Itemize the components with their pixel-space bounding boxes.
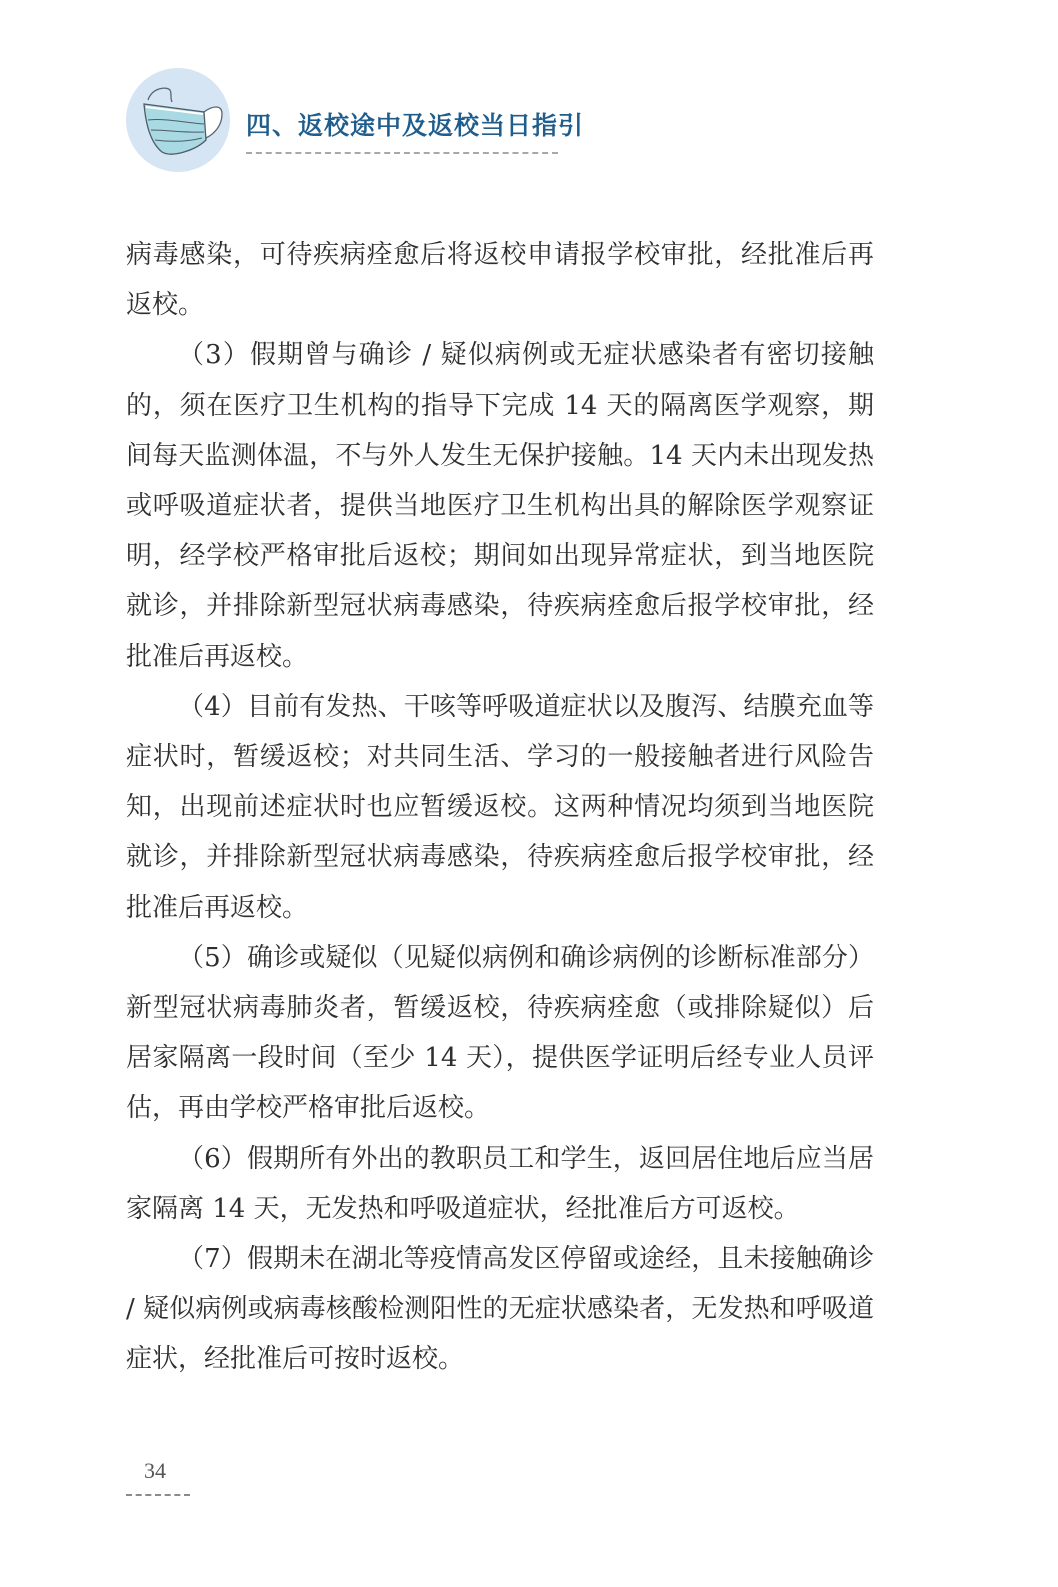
paragraph-item-5: （5）确诊或疑似（见疑似病例和确诊病例的诊断标准部分）新型冠状病毒肺炎者，暂缓返… xyxy=(126,933,874,1134)
paragraph-item-4: （4）目前有发热、干咳等呼吸道症状以及腹泻、结膜充血等症状时，暂缓返校；对共同生… xyxy=(126,682,874,933)
page-number: 34 xyxy=(126,1458,190,1484)
chapter-header: 四、返校途中及返校当日指引 xyxy=(126,68,586,178)
page-footer: 34 xyxy=(126,1458,190,1496)
title-dashed-divider xyxy=(246,152,558,154)
footer-dashed-divider xyxy=(126,1494,190,1496)
paragraph-item-3: （3）假期曾与确诊 / 疑似病例或无症状感染者有密切接触的，须在医疗卫生机构的指… xyxy=(126,330,874,681)
chapter-title: 四、返校途中及返校当日指引 xyxy=(246,106,584,142)
paragraph-item-7: （7）假期未在湖北等疫情高发区停留或途经，且未接触确诊 / 疑似病例或病毒核酸检… xyxy=(126,1234,874,1385)
paragraph-continued: 病毒感染，可待疾病痊愈后将返校申请报学校审批，经批准后再返校。 xyxy=(126,230,874,330)
face-mask-icon xyxy=(126,68,230,172)
body-text: 病毒感染，可待疾病痊愈后将返校申请报学校审批，经批准后再返校。 （3）假期曾与确… xyxy=(126,230,874,1385)
paragraph-item-6: （6）假期所有外出的教职员工和学生，返回居住地后应当居家隔离 14 天，无发热和… xyxy=(126,1134,874,1234)
